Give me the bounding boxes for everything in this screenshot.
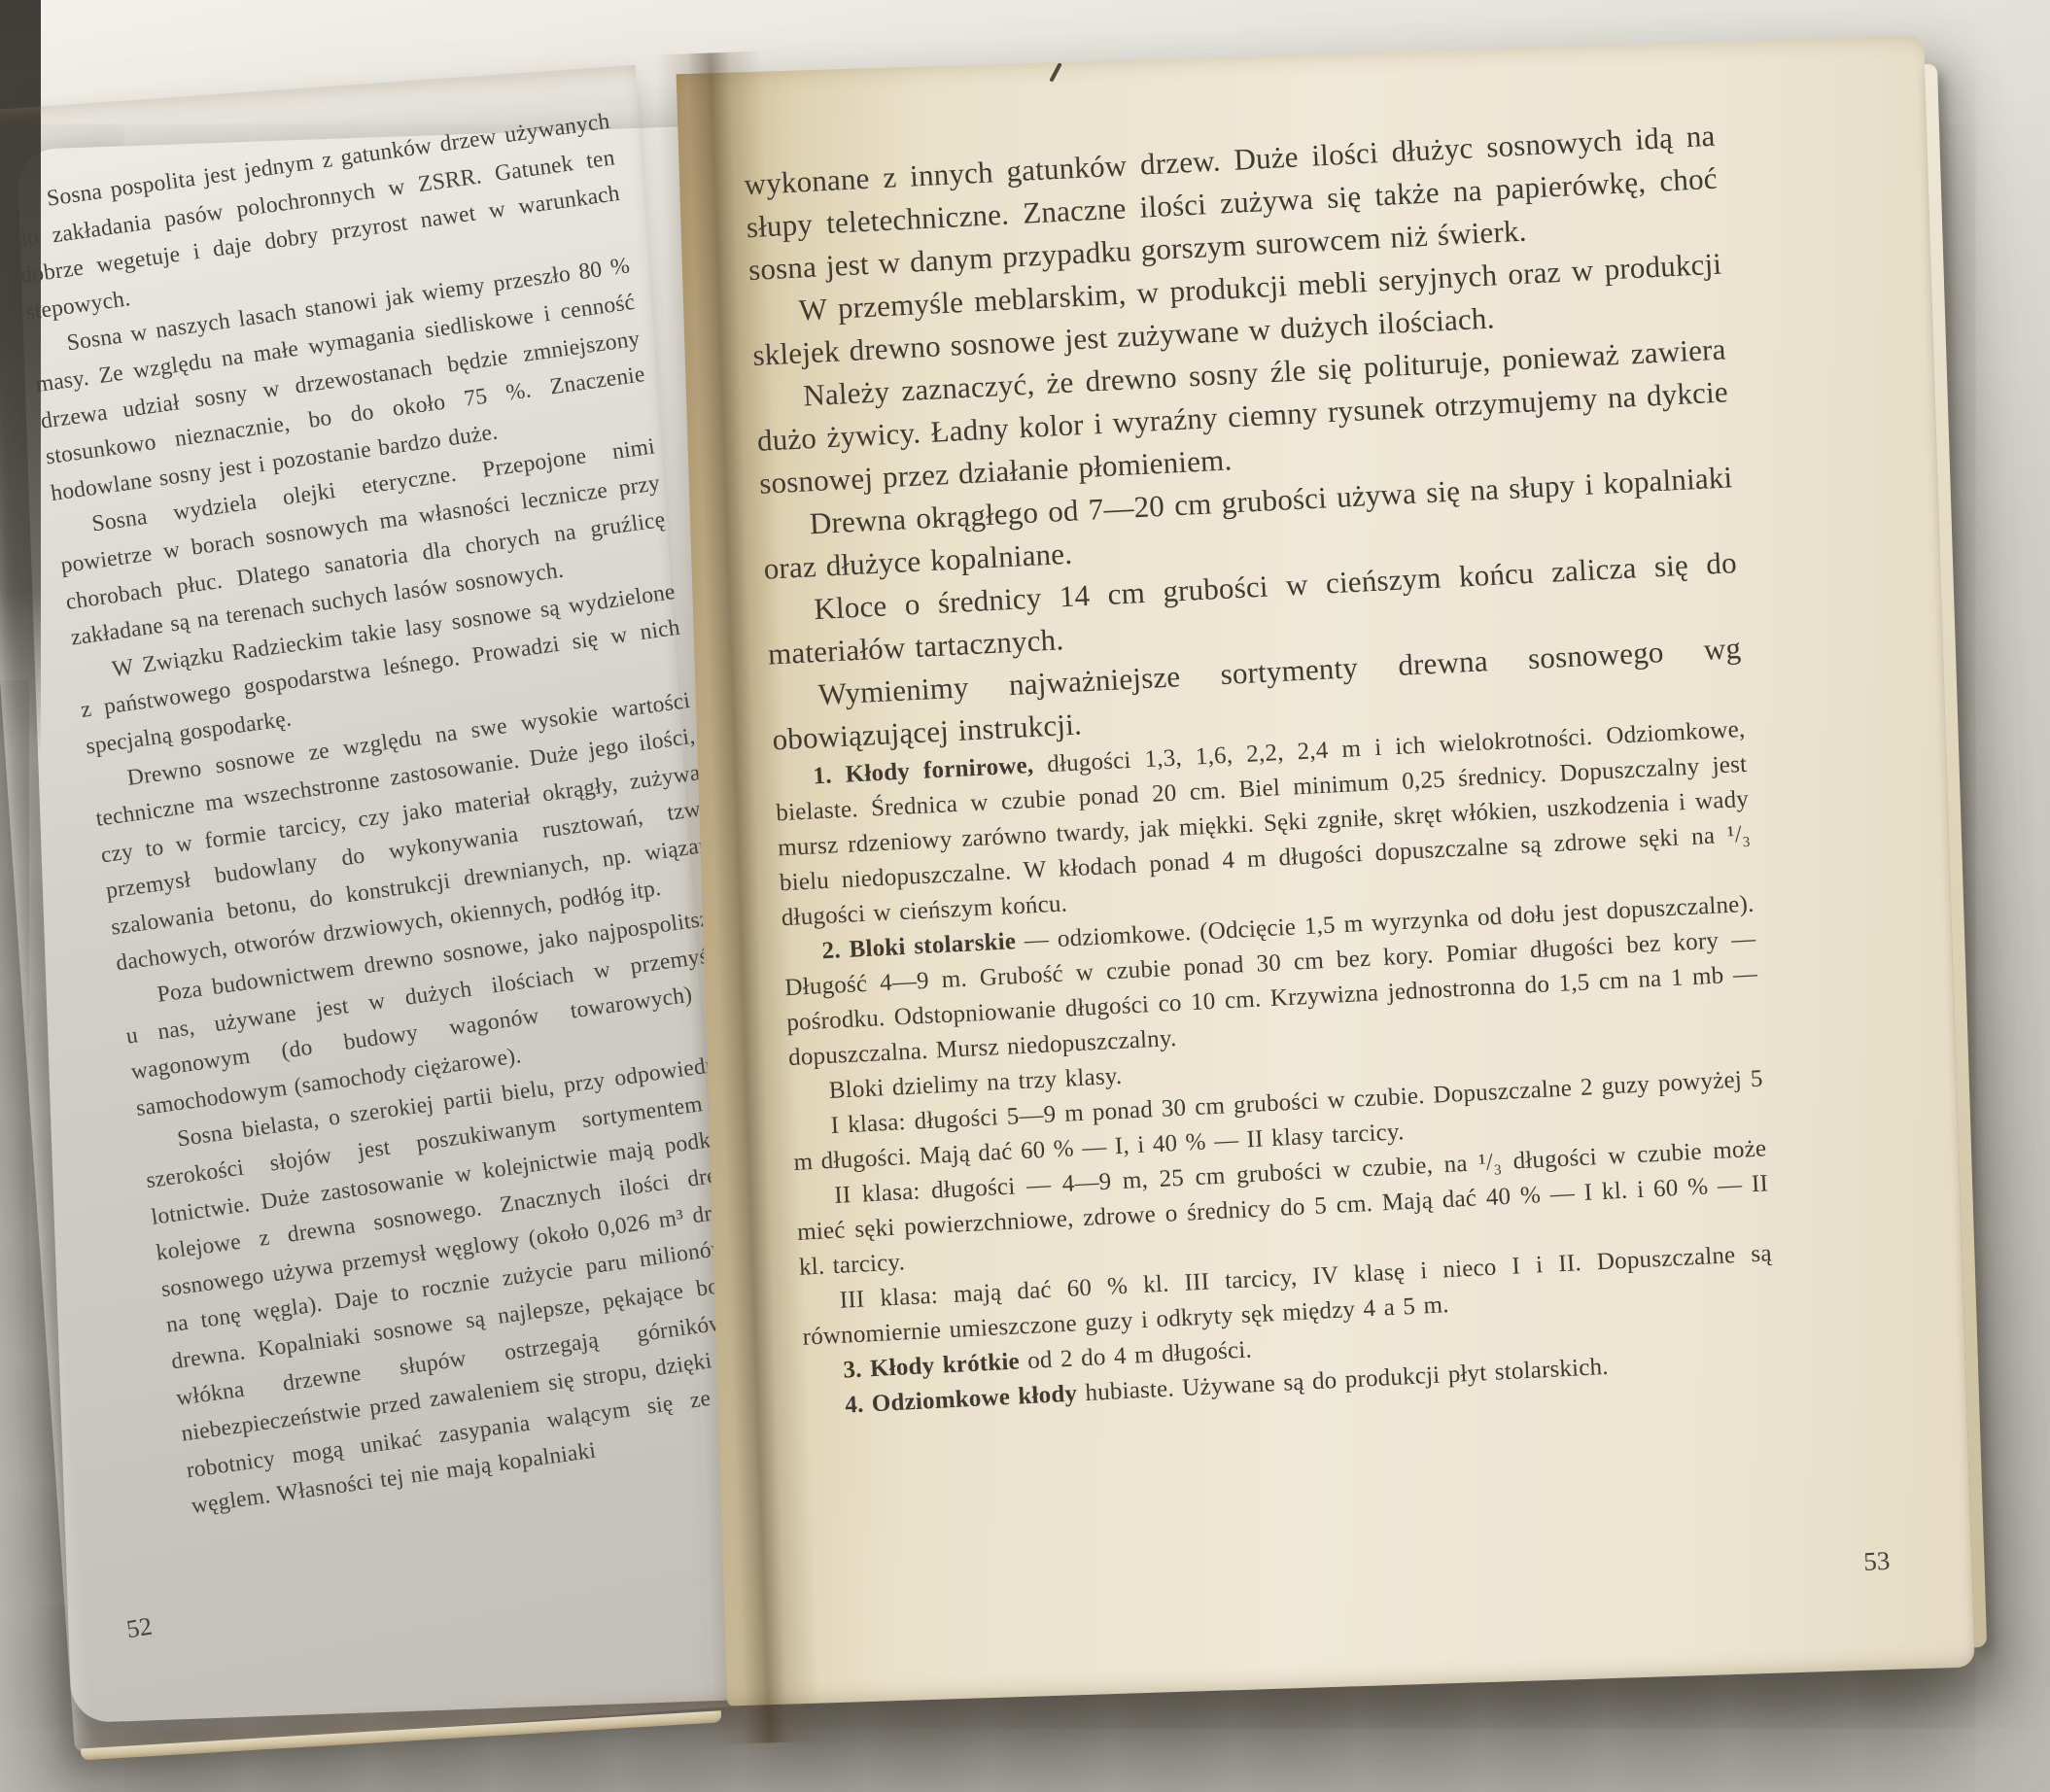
- paragraph-lead-bold: 4. Odziomkowe kłody: [845, 1381, 1078, 1419]
- paragraph-lead-bold: 3. Kłody krótkie: [843, 1349, 1021, 1384]
- paragraph-lead-bold: 2. Bloki stolarskie: [821, 928, 1017, 964]
- open-book: Sosna pospolita jest jednym z gatunków d…: [27, 17, 2020, 1776]
- page-number-left: 52: [124, 1612, 154, 1645]
- page-number-right: 53: [1863, 1546, 1891, 1577]
- right-page-text: wykonane z innych gatunków drzew. Duże i…: [744, 115, 1779, 1426]
- photo-scene: Sosna pospolita jest jednym z gatunków d…: [0, 0, 2050, 1792]
- left-page: Sosna pospolita jest jednym z gatunków d…: [0, 65, 749, 1752]
- right-page: wykonane z innych gatunków drzew. Duże i…: [677, 35, 1975, 1706]
- left-page-text: Sosna pospolita jest jednym z gatunków d…: [9, 104, 793, 1526]
- paragraph-lead-bold: 1. Kłody fornirowe,: [813, 752, 1034, 789]
- paragraph: Sosna bielasta, o szerokiej partii bielu…: [139, 1045, 793, 1526]
